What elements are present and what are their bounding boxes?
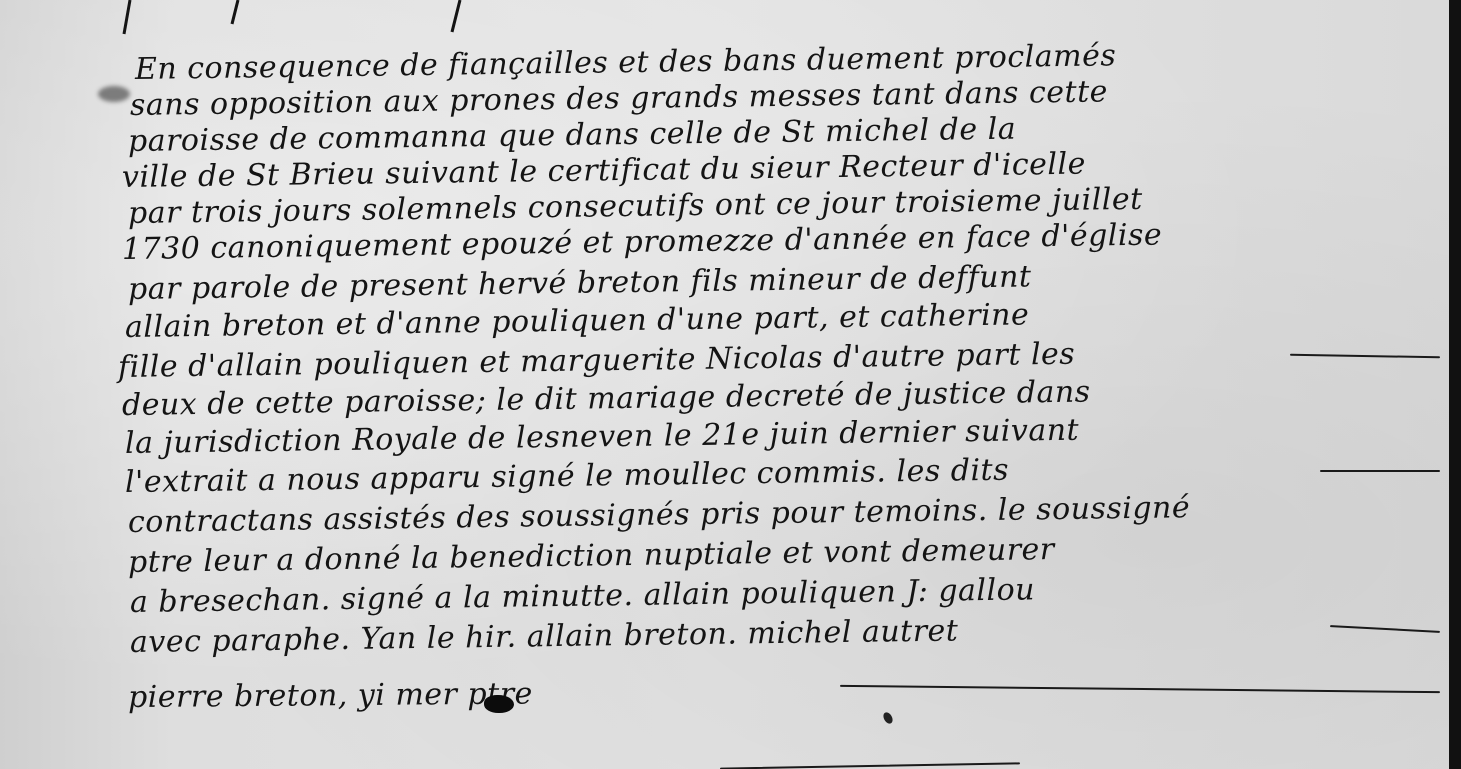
ink-blot (484, 695, 514, 713)
ink-smudge (98, 86, 130, 102)
page-edge-border (1449, 0, 1461, 769)
previous-entry-strokes (0, 0, 1450, 40)
line-filler-rule (1320, 470, 1440, 472)
text-line-17-signature: pierre breton, yi mer ptre (128, 676, 533, 715)
